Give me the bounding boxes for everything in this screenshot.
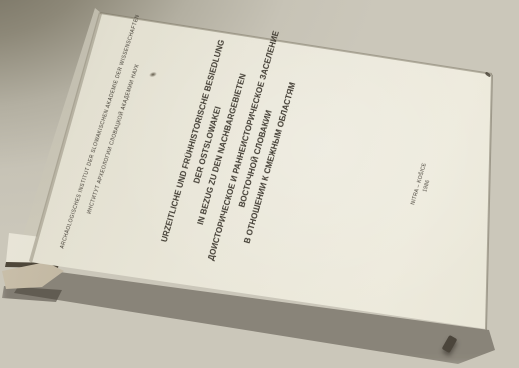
book-photo-scene: ARCHÄOLOGISCHES INSTITUT DER SLOWAKISCHE… — [0, 0, 519, 368]
